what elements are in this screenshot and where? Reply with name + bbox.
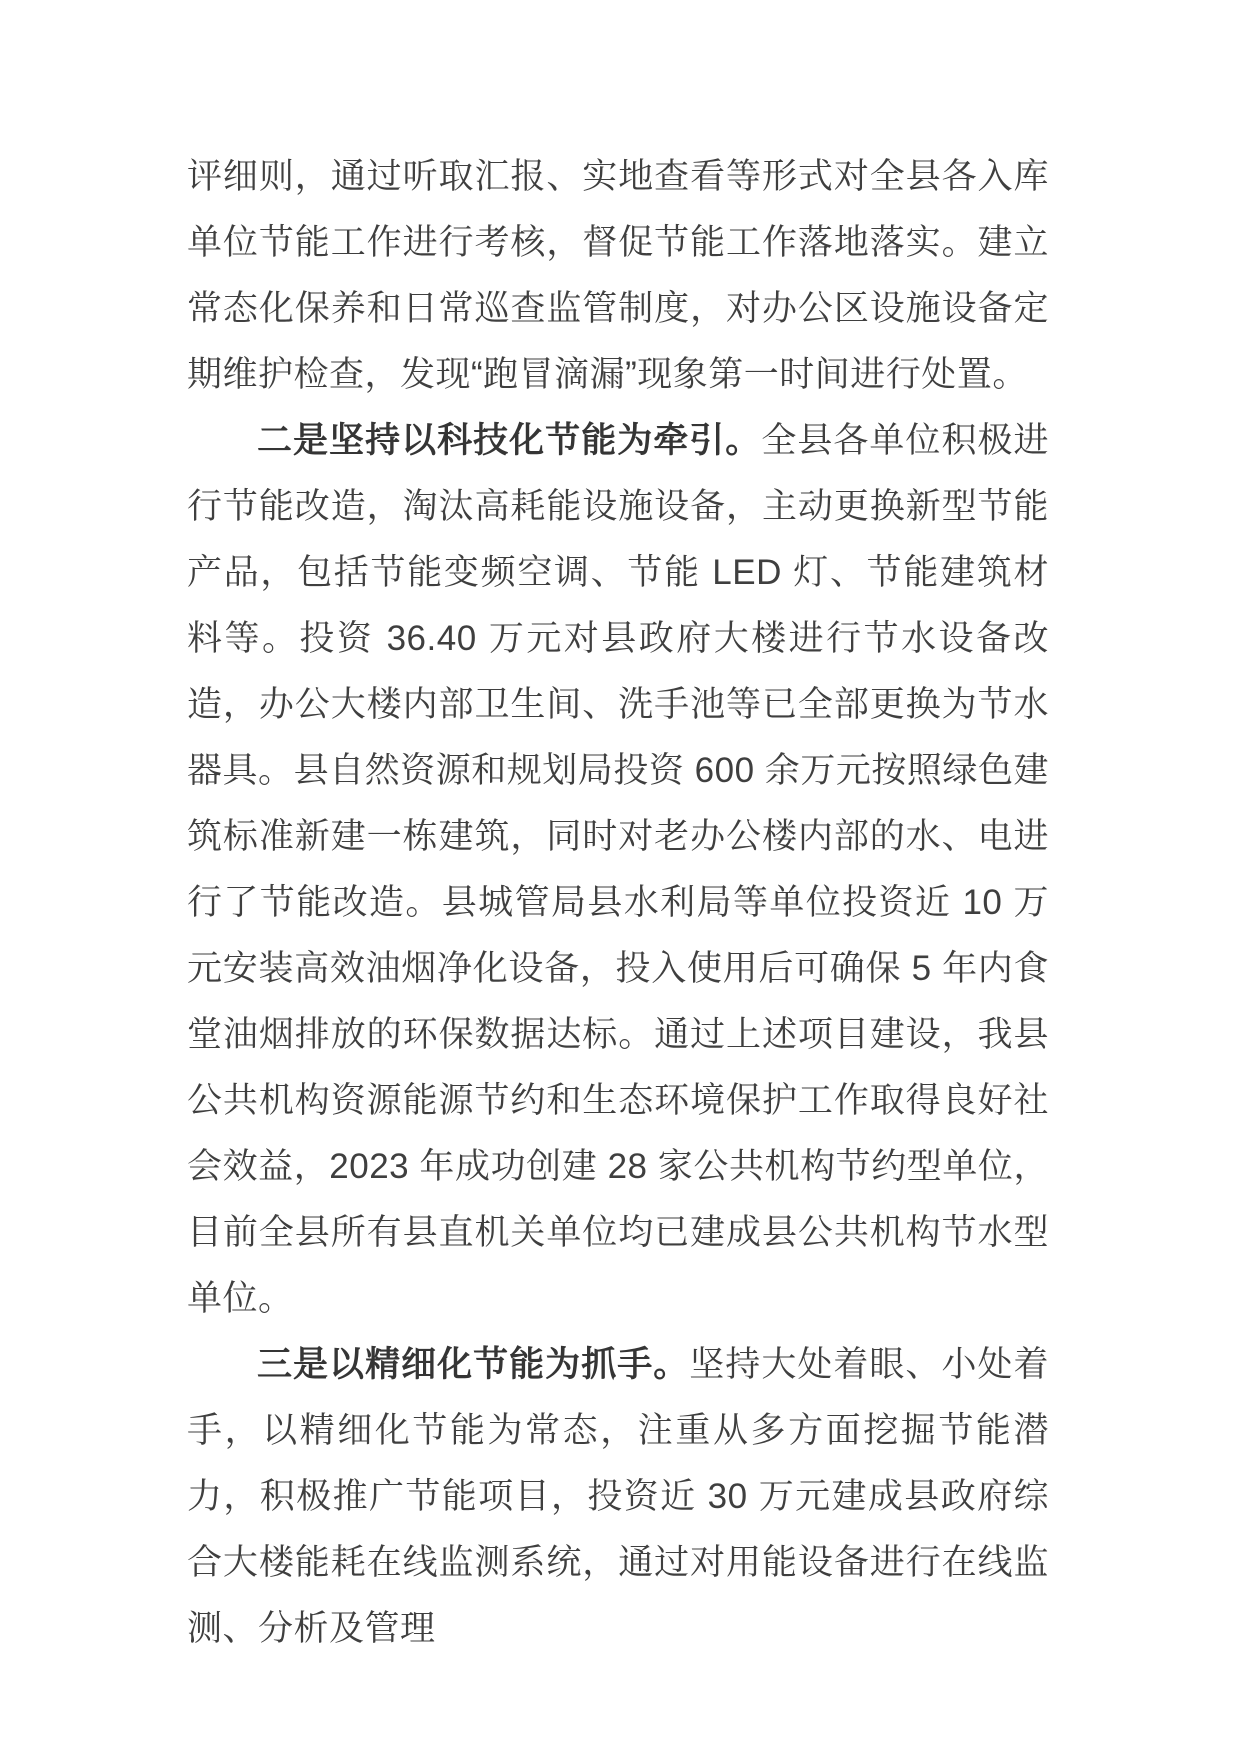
document-body: 评细则，通过听取汇报、实地查看等形式对全县各入库单位节能工作进行考核，督促节能工…: [187, 144, 1049, 1662]
paragraph: 二是坚持以科技化节能为牵引。全县各单位积极进行节能改造，淘汰高耗能设施设备，主动…: [187, 408, 1049, 1332]
document-page: 评细则，通过听取汇报、实地查看等形式对全县各入库单位节能工作进行考核，督促节能工…: [0, 0, 1240, 1754]
paragraph-body: 全县各单位积极进行节能改造，淘汰高耗能设施设备，主动更换新型节能产品，包括节能变…: [187, 421, 1049, 1318]
paragraph: 评细则，通过听取汇报、实地查看等形式对全县各入库单位节能工作进行考核，督促节能工…: [187, 144, 1049, 408]
paragraph-body: 评细则，通过听取汇报、实地查看等形式对全县各入库单位节能工作进行考核，督促节能工…: [187, 157, 1049, 394]
paragraph-lead: 三是以精细化节能为抓手。: [257, 1345, 689, 1384]
paragraph-lead: 二是坚持以科技化节能为牵引。: [257, 421, 761, 460]
paragraph: 三是以精细化节能为抓手。坚持大处着眼、小处着手，以精细化节能为常态，注重从多方面…: [187, 1332, 1049, 1662]
paragraph-body: 坚持大处着眼、小处着手，以精细化节能为常态，注重从多方面挖掘节能潜力，积极推广节…: [187, 1345, 1049, 1648]
